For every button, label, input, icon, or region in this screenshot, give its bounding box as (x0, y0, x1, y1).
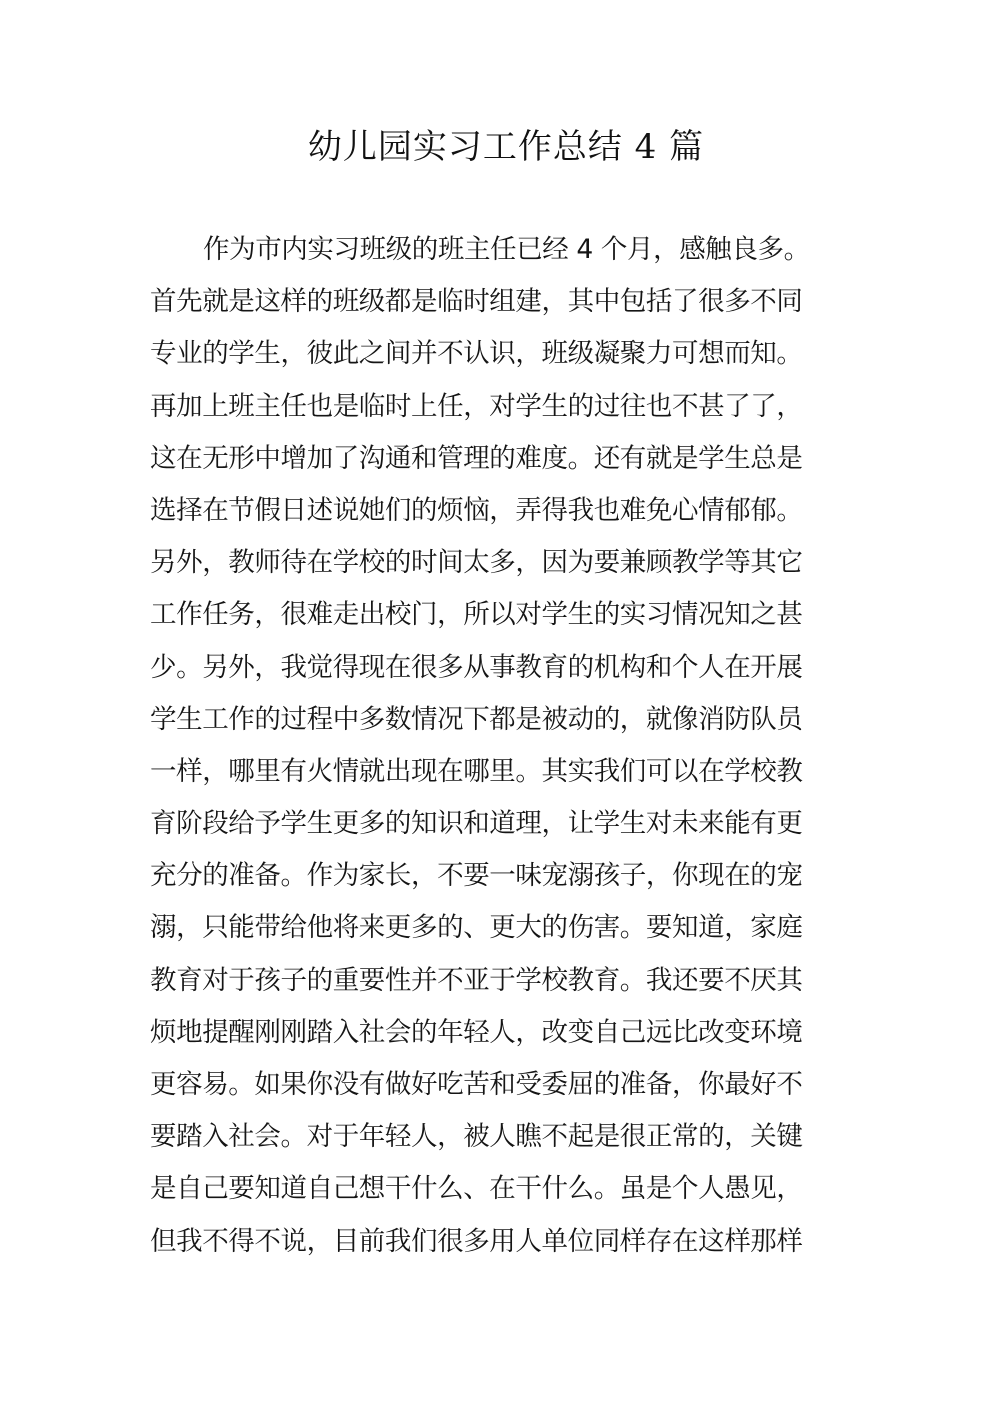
paragraph-line: 另外，教师待在学校的时间太多，因为要兼顾教学等其它 (150, 537, 830, 589)
paragraph-line: 再加上班主任也是临时上任，对学生的过往也不甚了了， (150, 381, 830, 433)
paragraph-line: 是自己要知道自己想干什么、在干什么。虽是个人愚见， (150, 1163, 830, 1215)
paragraph-line: 充分的准备。作为家长，不要一味宠溺孩子，你现在的宠 (150, 850, 830, 902)
paragraph-line: 更容易。如果你没有做好吃苦和受委屈的准备，你最好不 (150, 1059, 830, 1111)
paragraph-line: 要踏入社会。对于年轻人，被人瞧不起是很正常的，关键 (150, 1111, 830, 1163)
paragraph-line: 学生工作的过程中多数情况下都是被动的，就像消防队员 (150, 694, 830, 746)
document-page: 幼儿园实习工作总结 4 篇 作为市内实习班级的班主任已经 4 个月，感触良多。 … (0, 0, 993, 1404)
paragraph-line: 选择在节假日述说她们的烦恼，弄得我也难免心情郁郁。 (150, 485, 830, 537)
paragraph-line: 首先就是这样的班级都是临时组建，其中包括了很多不同 (150, 276, 830, 328)
paragraph-line: 工作任务，很难走出校门，所以对学生的实习情况知之甚 (150, 589, 830, 641)
paragraph-line: 少。另外，我觉得现在很多从事教育的机构和个人在开展 (150, 642, 830, 694)
paragraph-line: 这在无形中增加了沟通和管理的难度。还有就是学生总是 (150, 433, 830, 485)
paragraph-line: 一样，哪里有火情就出现在哪里。其实我们可以在学校教 (150, 746, 830, 798)
paragraph-line: 作为市内实习班级的班主任已经 4 个月，感触良多。 (150, 224, 830, 276)
paragraph-line: 育阶段给予学生更多的知识和道理，让学生对未来能有更 (150, 798, 830, 850)
paragraph-line: 教育对于孩子的重要性并不亚于学校教育。我还要不厌其 (150, 955, 830, 1007)
paragraph-line: 但我不得不说，目前我们很多用人单位同样存在这样那样 (150, 1216, 830, 1268)
paragraph-line: 专业的学生，彼此之间并不认识，班级凝聚力可想而知。 (150, 328, 830, 380)
paragraph-line: 溺，只能带给他将来更多的、更大的伤害。要知道，家庭 (150, 902, 830, 954)
document-title: 幼儿园实习工作总结 4 篇 (0, 122, 993, 172)
document-body: 作为市内实习班级的班主任已经 4 个月，感触良多。 首先就是这样的班级都是临时组… (150, 224, 830, 1268)
paragraph-line: 烦地提醒刚刚踏入社会的年轻人，改变自己远比改变环境 (150, 1007, 830, 1059)
